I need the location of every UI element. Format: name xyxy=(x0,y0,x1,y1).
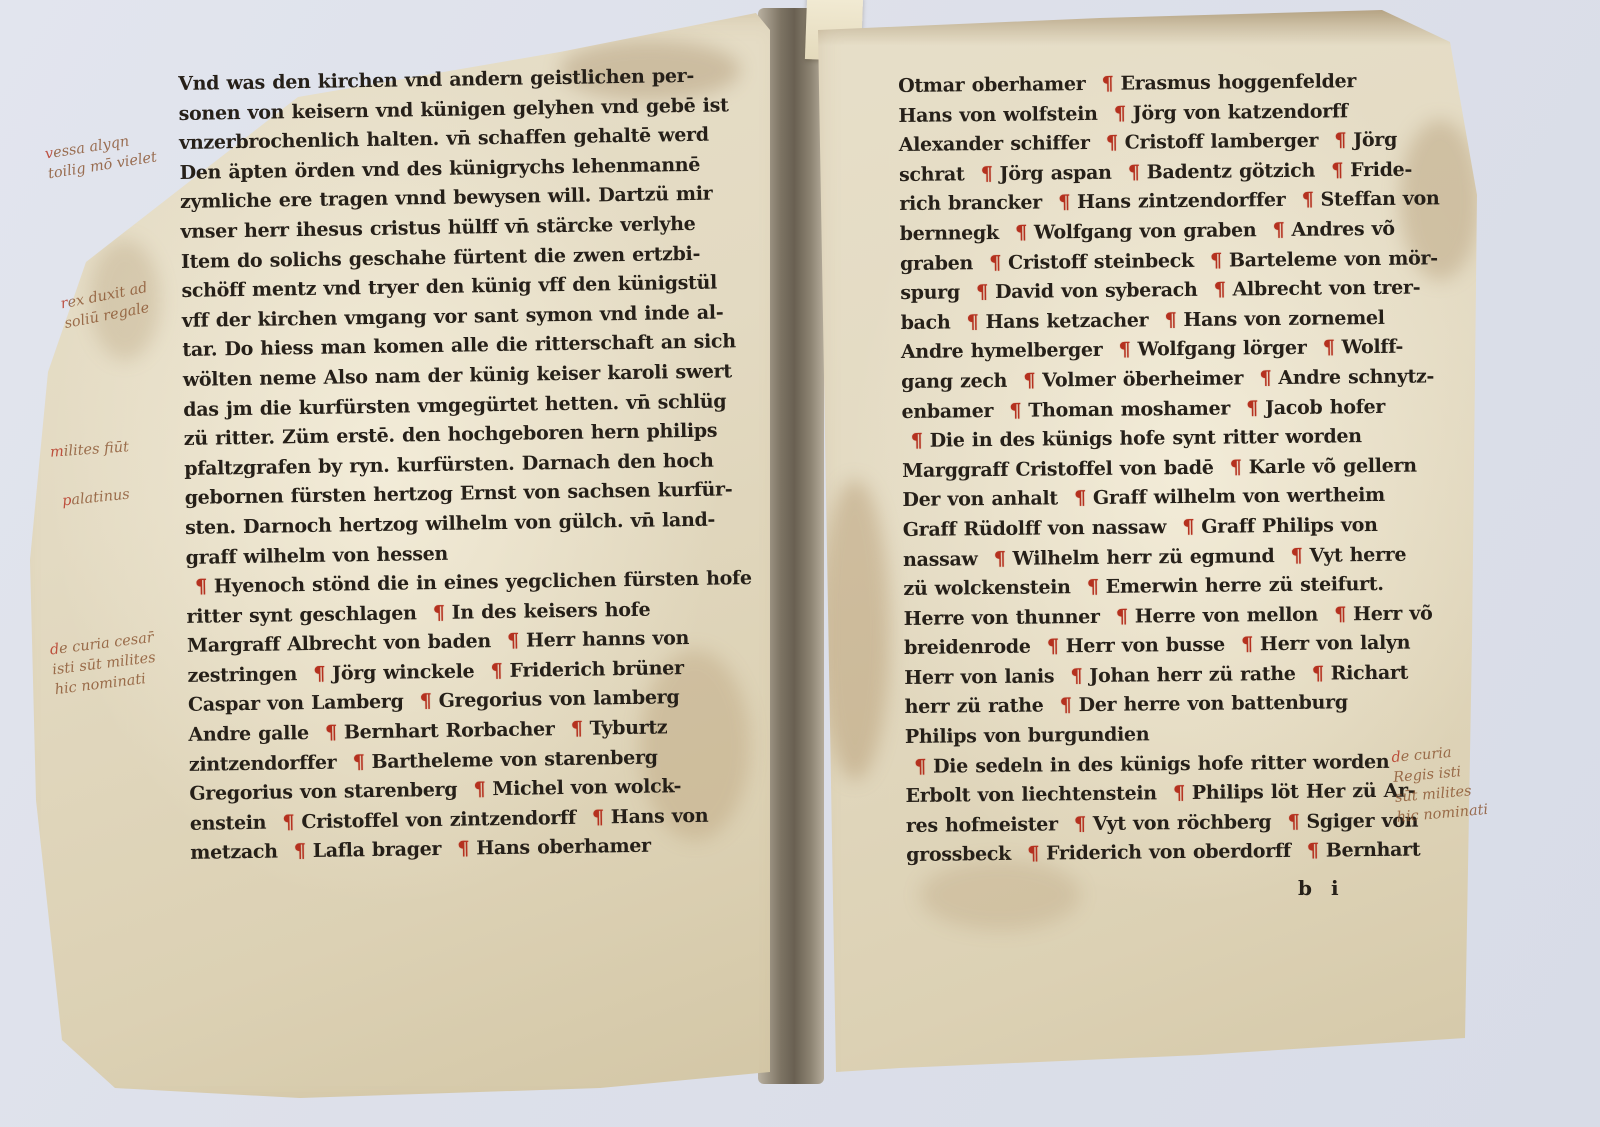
text-line: enbamer ¶Thoman moshamer ¶Jacob hofer xyxy=(901,392,1453,427)
rubric-paragraph-mark: ¶ xyxy=(1325,603,1353,625)
rubric-paragraph-mark: ¶ xyxy=(1061,665,1089,687)
rubric-paragraph-mark: ¶ xyxy=(1097,132,1125,154)
right-page-top-stain xyxy=(800,0,1600,46)
rubric-paragraph-mark: ¶ xyxy=(967,281,995,303)
rubric-paragraph-mark: ¶ xyxy=(316,722,344,744)
rubric-paragraph-mark: ¶ xyxy=(1221,456,1249,478)
rubric-paragraph-mark: ¶ xyxy=(1232,634,1260,656)
rubric-paragraph-mark: ¶ xyxy=(985,547,1013,569)
rubric-paragraph-mark: ¶ xyxy=(1000,399,1028,421)
margin-note: vessa alyqn toilig mō vielet xyxy=(44,128,159,185)
rubric-paragraph-mark: ¶ xyxy=(424,601,452,623)
margin-note: de curia Regis isti sūt milites hic nomi… xyxy=(1391,740,1489,828)
rubric-paragraph-mark: ¶ xyxy=(448,838,476,860)
rubric-paragraph-mark: ¶ xyxy=(273,811,301,833)
rubric-paragraph-mark: ¶ xyxy=(1314,337,1342,359)
rubric-paragraph-mark: ¶ xyxy=(1110,339,1138,361)
rubric-paragraph-mark: ¶ xyxy=(980,251,1008,273)
rubric-paragraph-mark: ¶ xyxy=(905,755,933,777)
rubric-paragraph-mark: ¶ xyxy=(972,163,1000,185)
rubric-paragraph-mark: ¶ xyxy=(958,311,986,333)
rubric-paragraph-mark: ¶ xyxy=(1065,487,1093,509)
rubric-paragraph-mark: ¶ xyxy=(1173,516,1201,538)
rubric-paragraph-mark: ¶ xyxy=(902,430,930,452)
rubric-paragraph-mark: ¶ xyxy=(1293,189,1321,211)
rubric-paragraph-mark: ¶ xyxy=(1038,636,1066,658)
right-text-column: Otmar oberhamer ¶Erasmus hoggenfelderHan… xyxy=(898,66,1458,871)
rubric-paragraph-mark: ¶ xyxy=(1018,843,1046,865)
rubric-paragraph-mark: ¶ xyxy=(1282,544,1310,566)
left-text-column: Vnd was den kirchen vnd andern geistlich… xyxy=(178,61,742,869)
rubric-paragraph-mark: ¶ xyxy=(1237,397,1265,419)
rubric-paragraph-mark: ¶ xyxy=(482,660,510,682)
rubric-paragraph-mark: ¶ xyxy=(285,840,313,862)
margin-note: de curia cesar̄ isti sūt milites hic nom… xyxy=(49,628,160,700)
rubric-paragraph-mark: ¶ xyxy=(1051,695,1079,717)
rubric-paragraph-mark: ¶ xyxy=(1093,73,1121,95)
rubric-paragraph-mark: ¶ xyxy=(1250,367,1278,389)
text-line: grossbeck ¶Friderich von oberdorff ¶Bern… xyxy=(906,836,1458,871)
rubric-paragraph-mark: ¶ xyxy=(1078,576,1106,598)
rubric-paragraph-mark: ¶ xyxy=(1065,813,1093,835)
rubric-paragraph-mark: ¶ xyxy=(1325,129,1353,151)
rubric-paragraph-mark: ¶ xyxy=(1279,811,1307,833)
rubric-paragraph-mark: ¶ xyxy=(1322,159,1350,181)
rubric-paragraph-mark: ¶ xyxy=(1298,840,1326,862)
rubric-paragraph-mark: ¶ xyxy=(464,778,492,800)
rubric-paragraph-mark: ¶ xyxy=(1049,192,1077,214)
stain xyxy=(820,480,890,780)
rubric-paragraph-mark: ¶ xyxy=(583,806,611,828)
rubric-paragraph-mark: ¶ xyxy=(1105,102,1133,124)
rubric-paragraph-mark: ¶ xyxy=(498,630,526,652)
rubric-paragraph-mark: ¶ xyxy=(1006,222,1034,244)
rubric-paragraph-mark: ¶ xyxy=(1156,309,1184,331)
rubric-paragraph-mark: ¶ xyxy=(1303,662,1331,684)
rubric-paragraph-mark: ¶ xyxy=(1264,219,1292,241)
rubric-paragraph-mark: ¶ xyxy=(411,690,439,712)
rubric-paragraph-mark: ¶ xyxy=(1164,782,1192,804)
rubric-paragraph-mark: ¶ xyxy=(344,751,372,773)
rubric-paragraph-mark: ¶ xyxy=(1119,161,1147,183)
quire-signature: b i xyxy=(1298,876,1345,900)
rubric-paragraph-mark: ¶ xyxy=(1014,369,1042,391)
rubric-paragraph-mark: ¶ xyxy=(304,663,332,685)
rubric-paragraph-mark: ¶ xyxy=(1201,249,1229,271)
rubric-paragraph-mark: ¶ xyxy=(1107,605,1135,627)
photo-background: Vnd was den kirchen vnd andern geistlich… xyxy=(0,0,1600,1127)
rubric-paragraph-mark: ¶ xyxy=(562,718,590,740)
rubric-paragraph-mark: ¶ xyxy=(1205,279,1233,301)
rubric-paragraph-mark: ¶ xyxy=(186,576,214,598)
